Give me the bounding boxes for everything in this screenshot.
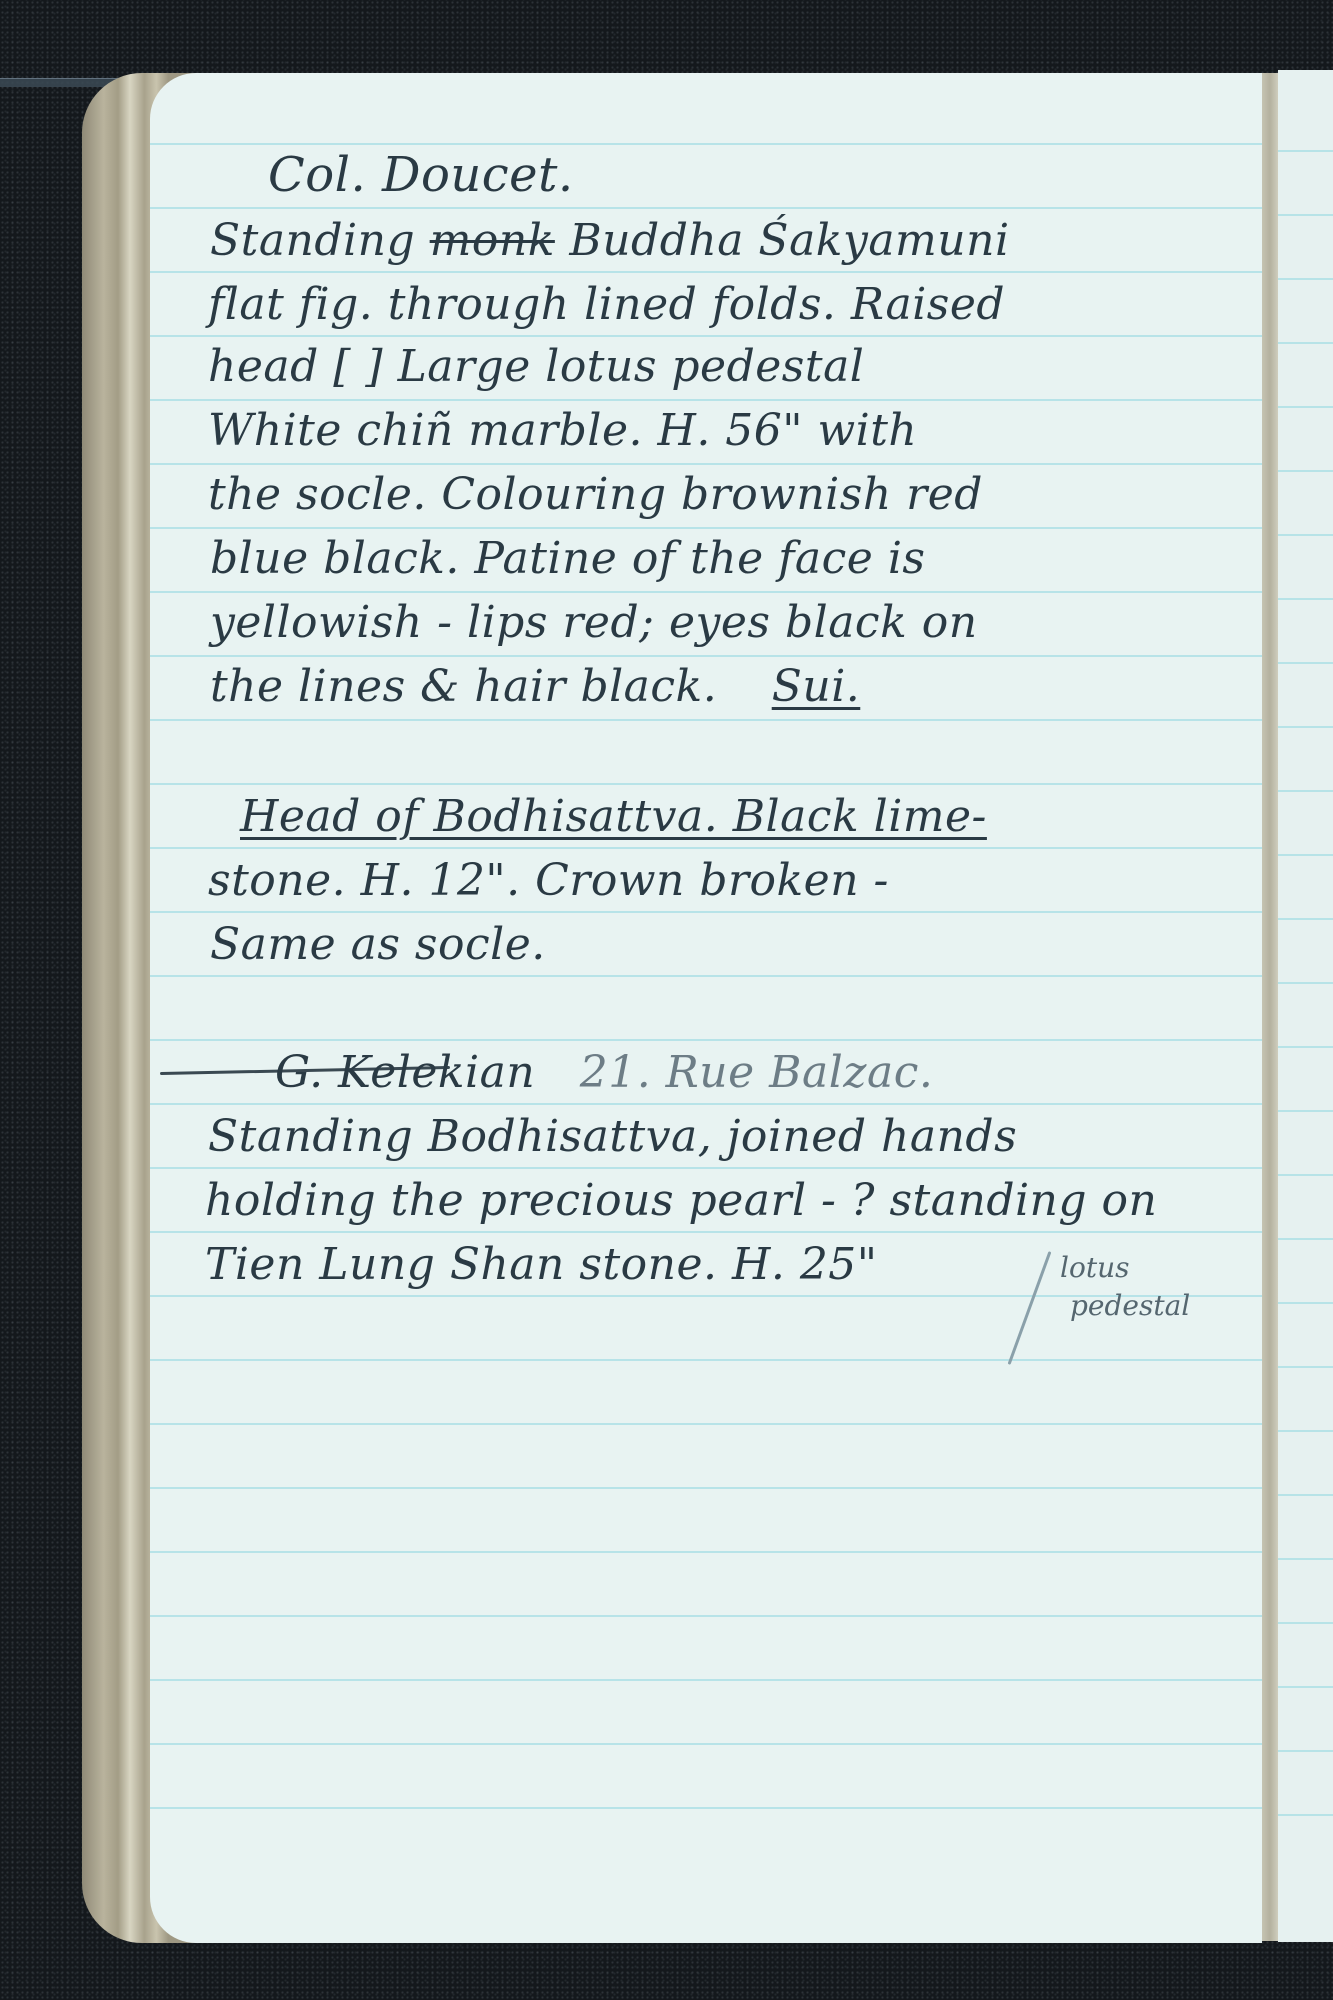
ruled-line bbox=[1278, 1046, 1333, 1048]
notebook-page: Col. Doucet. Standing monk Buddha Śakyam… bbox=[150, 73, 1262, 1943]
dynasty-label: Sui. bbox=[772, 661, 861, 712]
margin-note-lotus: lotus bbox=[1060, 1253, 1129, 1283]
entry-heading-kelekian: G. Kelekian 21. Rue Balzac. bbox=[275, 1041, 933, 1105]
ruled-line bbox=[1278, 342, 1333, 344]
ruled-line bbox=[1278, 598, 1333, 600]
ruled-line bbox=[150, 1679, 1262, 1681]
ruled-line bbox=[1278, 1686, 1333, 1688]
entry-heading-head-of-bodhisattva: Head of Bodhisattva. Black lime- bbox=[240, 785, 987, 849]
entry-line: holding the precious pearl - ? standing … bbox=[205, 1169, 1157, 1233]
ruled-line bbox=[1278, 1494, 1333, 1496]
word-buddha: Buddha Śakyamuni bbox=[569, 215, 1009, 266]
entry-line: White chiñ marble. H. 56" with bbox=[208, 399, 917, 463]
word-standing: Standing bbox=[210, 215, 415, 266]
ruled-line bbox=[1278, 214, 1333, 216]
ruled-line bbox=[1278, 534, 1333, 536]
ruled-line bbox=[1278, 1302, 1333, 1304]
entry-line: Standing monk Buddha Śakyamuni bbox=[210, 209, 1010, 273]
ruled-line bbox=[150, 719, 1262, 721]
ruled-line bbox=[150, 1359, 1262, 1361]
ruled-line bbox=[1278, 1238, 1333, 1240]
struck-word: monk bbox=[430, 215, 555, 266]
entry-line: yellowish - lips red; eyes black on bbox=[210, 591, 978, 655]
bracket-mark bbox=[1008, 1251, 1052, 1365]
ruled-line bbox=[1278, 790, 1333, 792]
entry-text: the lines & hair black. bbox=[210, 661, 717, 712]
entry-line: Same as socle. bbox=[210, 913, 546, 977]
ruled-line bbox=[1278, 406, 1333, 408]
ruled-line bbox=[1278, 1430, 1333, 1432]
entry-line: Standing Bodhisattva, joined hands bbox=[208, 1105, 1017, 1169]
ruled-line bbox=[150, 1743, 1262, 1745]
ruled-line bbox=[1278, 982, 1333, 984]
dealer-name: G. Kelekian bbox=[275, 1047, 535, 1098]
entry-line: blue black. Patine of the face is bbox=[210, 527, 925, 591]
heading-text: Head of Bodhisattva. Black lime- bbox=[240, 791, 987, 842]
ruled-line bbox=[1278, 1366, 1333, 1368]
binding-gutter bbox=[1262, 73, 1278, 1941]
entry-line: the lines & hair black. Sui. bbox=[210, 655, 860, 719]
ruled-line bbox=[150, 1551, 1262, 1553]
ruled-line bbox=[1278, 1110, 1333, 1112]
entry-line: flat fig. through lined folds. Raised bbox=[208, 273, 1005, 337]
ruled-line bbox=[150, 1807, 1262, 1809]
ruled-line bbox=[1278, 1174, 1333, 1176]
entry-heading-doucet: Col. Doucet. bbox=[268, 143, 574, 207]
ruled-line bbox=[1278, 470, 1333, 472]
ruled-line bbox=[1278, 662, 1333, 664]
entry-line: the socle. Colouring brownish red bbox=[208, 463, 983, 527]
ruled-line bbox=[1278, 278, 1333, 280]
ruled-line bbox=[1278, 918, 1333, 920]
ruled-line bbox=[1278, 854, 1333, 856]
ruled-line bbox=[1278, 1750, 1333, 1752]
entry-line: head [ ] Large lotus pedestal bbox=[208, 335, 864, 399]
ruled-line bbox=[1278, 1558, 1333, 1560]
entry-line: Tien Lung Shan stone. H. 25" bbox=[205, 1233, 878, 1297]
ruled-line bbox=[150, 1487, 1262, 1489]
entry-line: stone. H. 12". Crown broken - bbox=[208, 849, 889, 913]
ruled-line bbox=[1278, 150, 1333, 152]
ruled-line bbox=[150, 1423, 1262, 1425]
facing-page-edge bbox=[1278, 70, 1333, 1942]
ruled-line bbox=[1278, 1814, 1333, 1816]
ruled-line bbox=[1278, 726, 1333, 728]
margin-note-pedestal: pedestal bbox=[1070, 1291, 1190, 1321]
ruled-line bbox=[1278, 1622, 1333, 1624]
ruled-line bbox=[150, 1615, 1262, 1617]
dealer-address: 21. Rue Balzac. bbox=[580, 1047, 934, 1098]
